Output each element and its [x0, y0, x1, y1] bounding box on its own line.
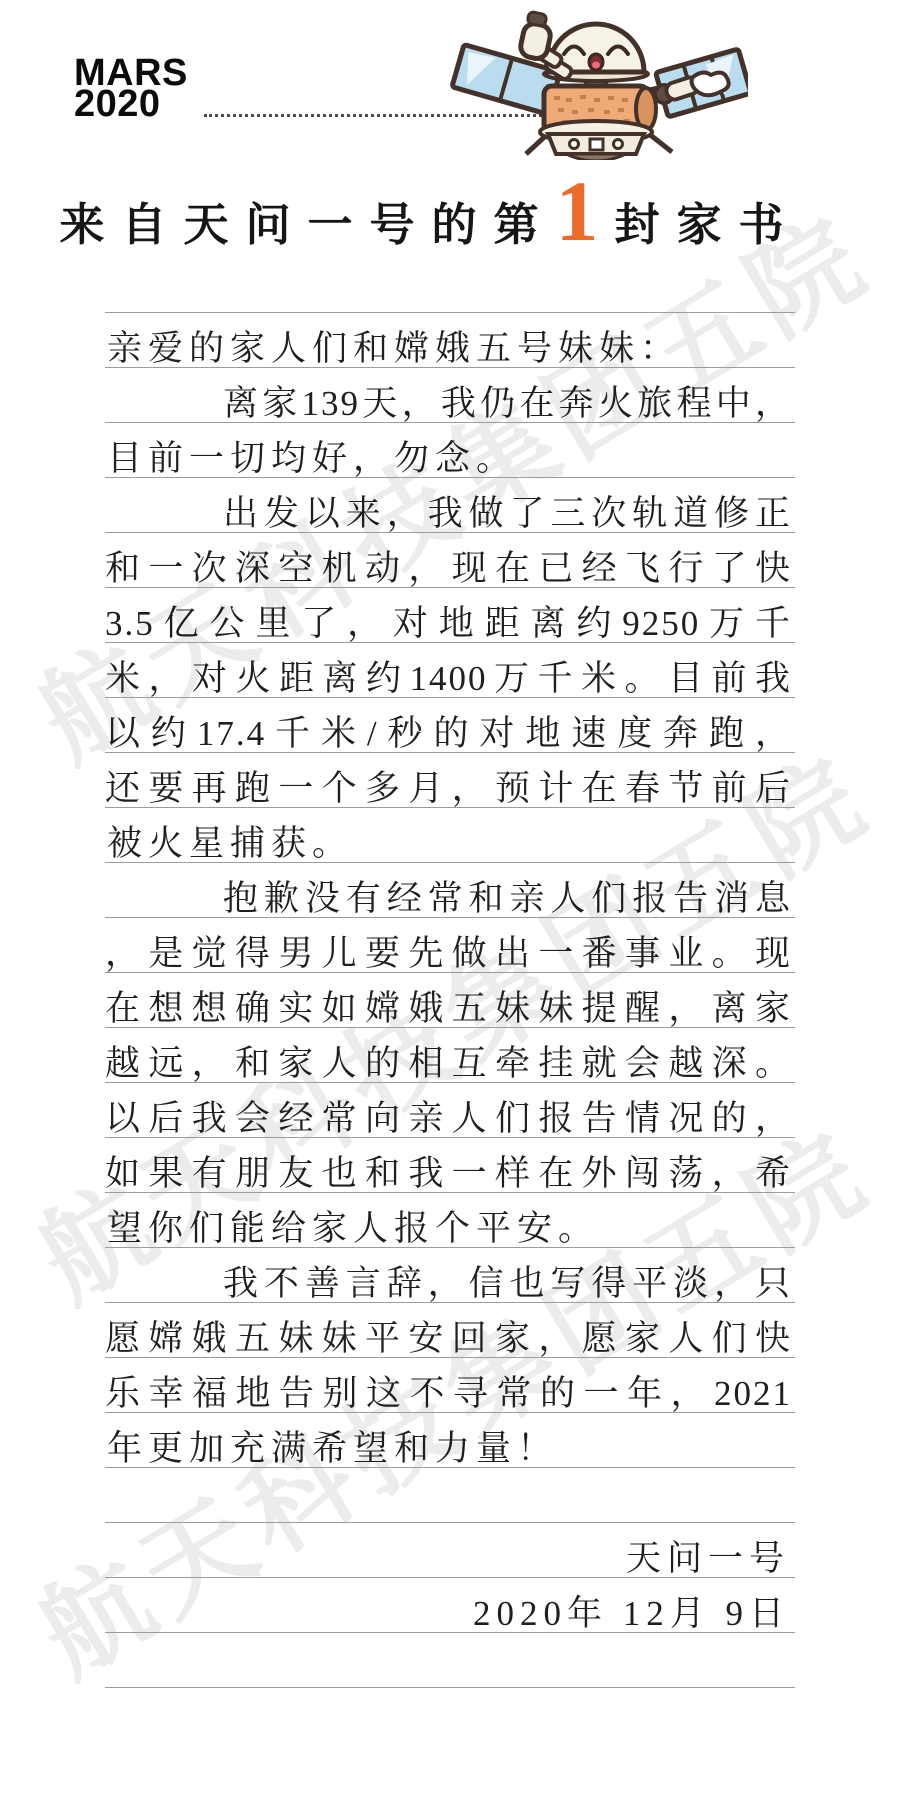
- letter-line-7: 米，对火距离约1400万千米。目前我: [105, 643, 795, 698]
- letter-line-14: 越远，和家人的相互牵挂就会越深。: [105, 1028, 795, 1083]
- letter-line-24: 2020年 12月 9日: [105, 1578, 795, 1633]
- letter-line-20: 乐幸福地告别这不寻常的一年，2021: [105, 1358, 795, 1413]
- satellite-mascot-illustration: [448, 2, 748, 160]
- letter-line-5: 和一次深空机动，现在已经飞行了快: [105, 533, 795, 588]
- letter-line-17: 望你们能给家人报个平安。: [105, 1193, 795, 1248]
- letter-line-6: 3.5亿公里了，对地距离约9250万千: [105, 588, 795, 643]
- letter-line-3: 目前一切均好，勿念。: [105, 423, 795, 478]
- letter-line-9: 还要再跑一个多月，预计在春节前后: [105, 753, 795, 808]
- letter-line-19: 愿嫦娥五妹妹平安回家，愿家人们快: [105, 1303, 795, 1358]
- letter-line-10: 被火星捕获。: [105, 808, 795, 863]
- letter-line-22: [105, 1468, 795, 1523]
- letter-line-8: 以约17.4千米/秒的对地速度奔跑，: [105, 698, 795, 753]
- letter-line-4: 出发以来，我做了三次轨道修正: [105, 478, 795, 533]
- letter-line-12: ，是觉得男儿要先做出一番事业。现: [105, 918, 795, 973]
- title-prefix: 来自天问一号的第: [59, 188, 555, 253]
- letter-line-15: 以后我会经常向亲人们报告情况的，: [105, 1083, 795, 1138]
- page-title: 来自天问一号的第 1 封家书: [110, 168, 750, 254]
- letter-line-21: 年更加充满希望和力量！: [105, 1413, 795, 1468]
- letter-line-13: 在想想确实如嫦娥五妹妹提醒，离家: [105, 973, 795, 1028]
- title-number: 1: [556, 168, 599, 254]
- letter-line-1: 亲爱的家人们和嫦娥五号妹妹：: [105, 313, 795, 368]
- letter-line-16: 如果有朋友也和我一样在外闯荡，希: [105, 1138, 795, 1193]
- letter-line-23: 天问一号: [105, 1523, 795, 1578]
- title-suffix: 封家书: [615, 188, 801, 253]
- letter-body: 亲爱的家人们和嫦娥五号妹妹：离家139天，我仍在奔火旅程中，目前一切均好，勿念。…: [105, 312, 795, 1688]
- letter-line-25: [105, 1633, 795, 1688]
- mars2020-logo: MARS 2020: [74, 58, 188, 120]
- letter-line-18: 我不善言辞，信也写得平淡，只: [105, 1248, 795, 1303]
- letter-line-2: 离家139天，我仍在奔火旅程中，: [105, 368, 795, 423]
- letter-line-11: 抱歉没有经常和亲人们报告消息: [105, 863, 795, 918]
- letter-page: MARS 2020: [0, 0, 900, 1814]
